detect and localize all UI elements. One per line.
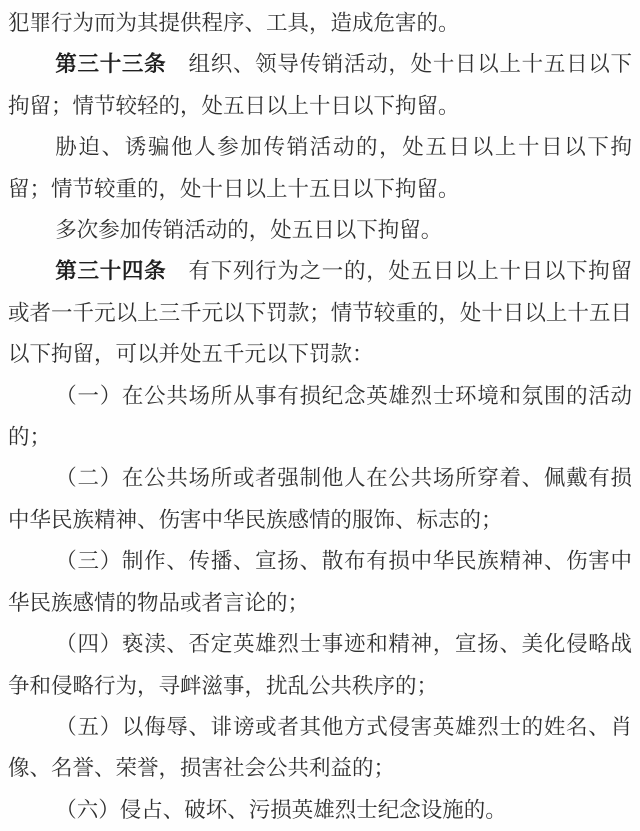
paragraph-text: （二）在公共场所或者强制他人在公共场所穿着、佩戴有损中华民族精神、伤害中华民族感… [8, 466, 632, 532]
document-page: 犯罪行为而为其提供程序、工具，造成危害的。 第三十三条 组织、领导传销活动，处十… [0, 0, 640, 831]
paragraph-text: （四）亵渎、否定英雄烈士事迹和精神，宣扬、美化侵略战争和侵略行为，寻衅滋事，扰乱… [8, 632, 632, 698]
paragraph-continuation: 犯罪行为而为其提供程序、工具，造成危害的。 [8, 3, 632, 44]
paragraph-text: 胁迫、诱骗他人参加传销活动的，处五日以上十日以下拘留；情节较重的，处十日以上十五… [8, 135, 632, 201]
list-item-6: （六）侵占、破坏、污损英雄烈士纪念设施的。 [8, 790, 632, 831]
paragraph-coercion-clause: 胁迫、诱骗他人参加传销活动的，处五日以上十日以下拘留；情节较重的，处十日以上十五… [8, 127, 632, 210]
list-item-5: （五）以侮辱、诽谤或者其他方式侵害英雄烈士的姓名、肖像、名誉、荣誉，损害社会公共… [8, 707, 632, 790]
article-number-33: 第三十三条 [55, 52, 166, 77]
paragraph-repeat-participation-clause: 多次参加传销活动的，处五日以下拘留。 [8, 210, 632, 251]
list-item-2: （二）在公共场所或者强制他人在公共场所穿着、佩戴有损中华民族精神、伤害中华民族感… [8, 458, 632, 541]
list-item-1: （一）在公共场所从事有损纪念英雄烈士环境和氛围的活动的； [8, 376, 632, 459]
paragraph-article-34: 第三十四条 有下列行为之一的，处五日以上十日以下拘留或者一千元以上三千元以下罚款… [8, 251, 632, 375]
list-item-3: （三）制作、传播、宣扬、散布有损中华民族精神、伤害中华民族感情的物品或者言论的； [8, 541, 632, 624]
article-number-34: 第三十四条 [55, 259, 166, 284]
paragraph-text: （五）以侮辱、诽谤或者其他方式侵害英雄烈士的姓名、肖像、名誉、荣誉，损害社会公共… [8, 715, 632, 781]
paragraph-text: 犯罪行为而为其提供程序、工具，造成危害的。 [8, 11, 460, 36]
paragraph-article-33: 第三十三条 组织、领导传销活动，处十日以上十五日以下拘留；情节较轻的，处五日以上… [8, 44, 632, 127]
list-item-4: （四）亵渎、否定英雄烈士事迹和精神，宣扬、美化侵略战争和侵略行为，寻衅滋事，扰乱… [8, 624, 632, 707]
paragraph-text: （六）侵占、破坏、污损英雄烈士纪念设施的。 [55, 798, 507, 823]
paragraph-text: 多次参加传销活动的，处五日以下拘留。 [55, 218, 442, 243]
paragraph-text: （一）在公共场所从事有损纪念英雄烈士环境和氛围的活动的； [8, 384, 632, 450]
paragraph-text: （三）制作、传播、宣扬、散布有损中华民族精神、伤害中华民族感情的物品或者言论的； [8, 549, 632, 615]
